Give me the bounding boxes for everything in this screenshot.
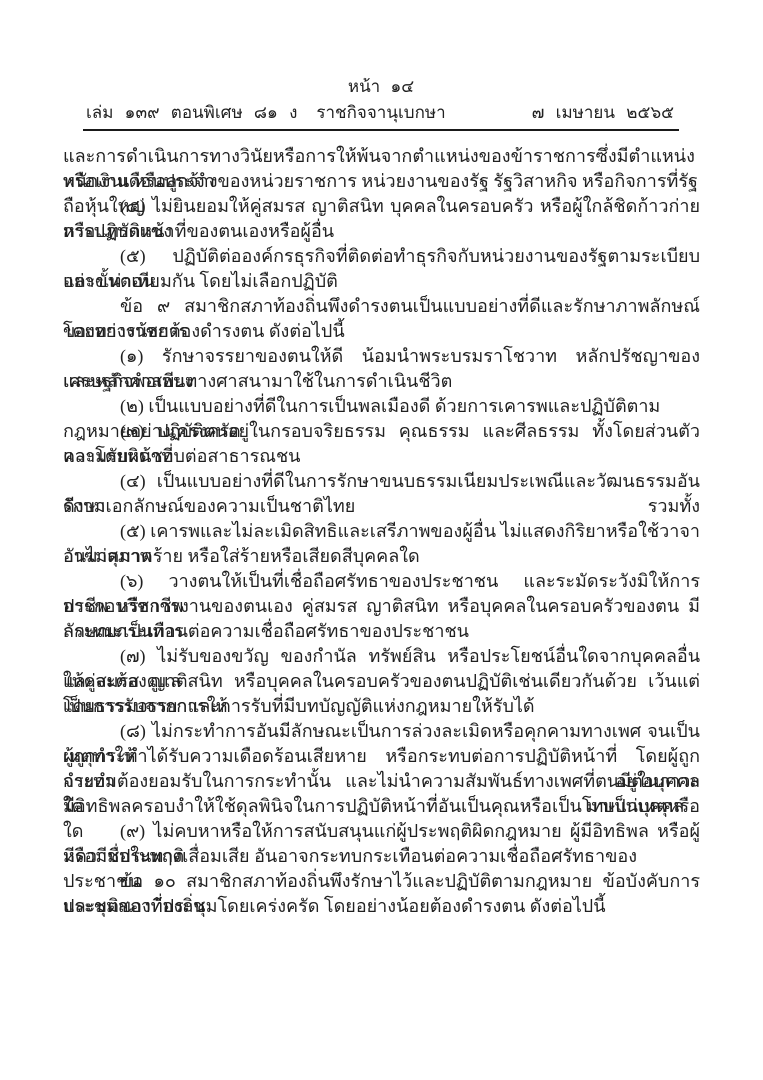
page-number-label: หน้า ๑๔ [83, 76, 679, 98]
header-row: เล่ม ๑๓๙ ตอนพิเศษ ๘๑ ง ราชกิจจานุเบกษา ๗… [83, 101, 679, 125]
document-line: อาชีพ หรือการงานของตนเอง คู่สมรส ญาติสนิ… [63, 594, 700, 619]
document-line: (๕) ปฏิบัติต่อองค์กรธุรกิจที่ติดต่อทำธุร… [63, 244, 700, 269]
document-line: (๙) ไม่คบหาหรือให้การสนับสนุนแก่ผู้ประพฤ… [63, 819, 700, 844]
document-line: (๕) เคารพและไม่ละเมิดสิทธิและเสรีภาพของผ… [63, 519, 700, 544]
document-line: การปฏิบัติหน้าที่ของตนเองหรือผู้อื่น [63, 219, 700, 244]
document-line: พนักงาน หรือลูกจ้างของหน่วยราชการ หน่วยง… [63, 169, 700, 194]
document-line: (๔) ไม่ยินยอมให้คู่สมรส ญาติสนิท บุคคลใน… [63, 194, 700, 219]
document-line: อย่างเท่าเทียมกัน โดยไม่เลือกปฏิบัติ [63, 269, 700, 294]
document-line: มีอิทธิพลครอบงำให้ใช้ดุลพินิจในการปฏิบัต… [63, 794, 700, 819]
header-rule [83, 129, 679, 131]
document-line: (๘) ไม่กระทำการอันมีลักษณะเป็นการล่วงละเ… [63, 719, 700, 744]
document-line: อาฆาตมาดร้าย หรือใส่ร้ายหรือเสียดสีบุคคล… [63, 544, 700, 569]
gazette-page: หน้า ๑๔ เล่ม ๑๓๙ ตอนพิเศษ ๘๑ ง ราชกิจจาน… [0, 0, 763, 1080]
document-line: และมติของที่ประชุมโดยเคร่งครัด โดยอย่างน… [63, 894, 700, 919]
document-line: (๑) รักษาจรรยาของตนให้ดี น้อมนำพระบรมราโ… [63, 344, 700, 369]
document-line: หรือมีชื่อในทางเสื่อมเสีย อันอาจกระทบกระ… [63, 844, 700, 869]
publication-date: ๗ เมษายน ๒๕๖๕ [532, 101, 674, 125]
document-line: โดยอย่างน้อยต้องดำรงตน ดังต่อไปนี้ [63, 319, 700, 344]
document-line: (๖) วางตนให้เป็นที่เชื่อถือศรัทธาของประช… [63, 569, 700, 594]
document-line: และหลักคำสอนทางศาสนามาใช้ในการดำเนินชีวิ… [63, 369, 700, 394]
document-line: ข้อ ๙ สมาชิกสภาท้องถิ่นพึงดำรงตนเป็นแบบอ… [63, 294, 700, 319]
document-line: ผู้ถูกกระทำได้รับความเดือดร้อนเสียหาย หร… [63, 744, 700, 769]
document-line: (๓) ปฏิบัติตนอยู่ในกรอบจริยธรรม คุณธรรม … [63, 419, 700, 444]
document-line: จำยอมต้องยอมรับในการกระทำนั้น และไม่นำคว… [63, 769, 700, 794]
document-line: ความรับผิดชอบต่อสาธารณชน [63, 444, 700, 469]
document-line: ข้อ ๑๐ สมาชิกสภาท้องถิ่นพึงรักษาไว้และปฏ… [63, 869, 700, 894]
document-line: กระทบกระเทือนต่อความเชื่อถือศรัทธาของประ… [63, 619, 700, 644]
document-line: ให้คู่สมรส ญาติสนิท หรือบุคคลในครอบครัวข… [63, 669, 700, 694]
document-line: โดยธรรมจรรยาและการรับที่มีบทบัญญัติแห่งก… [63, 694, 700, 719]
document-line: (๒) เป็นแบบอย่างที่ดีในการเป็นพลเมืองดี … [63, 394, 700, 419]
document-line: (๗) ไม่รับของขวัญ ของกำนัล ทรัพย์สิน หรื… [63, 644, 700, 669]
document-body: และการดำเนินการทางวินัยหรือการให้พ้นจากต… [63, 144, 700, 919]
document-line: (๔) เป็นแบบอย่างที่ดีในการรักษาขนบธรรมเน… [63, 469, 700, 494]
document-line: และการดำเนินการทางวินัยหรือการให้พ้นจากต… [63, 144, 700, 169]
